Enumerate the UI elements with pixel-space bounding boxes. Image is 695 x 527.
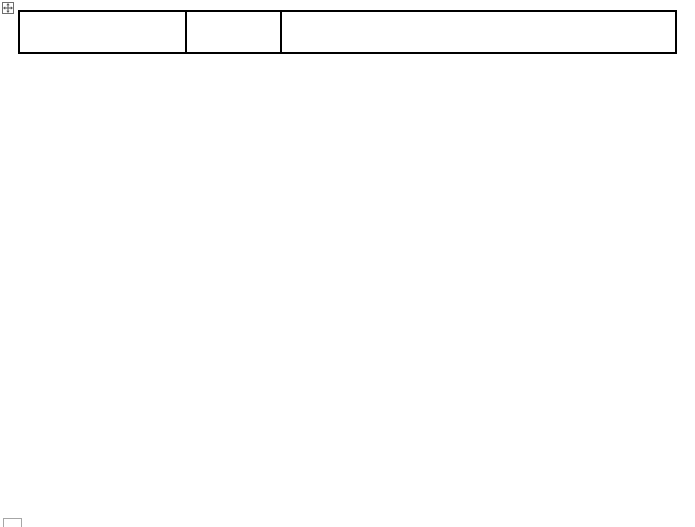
partial-object-box	[3, 518, 22, 527]
document-page	[0, 0, 695, 527]
header-majors-cell[interactable]	[281, 11, 676, 53]
header-row	[19, 11, 676, 53]
occupation-income-table	[18, 10, 677, 54]
table-move-handle-icon[interactable]	[2, 2, 14, 14]
four-way-arrow-icon	[3, 3, 13, 13]
header-occupation-cell[interactable]	[19, 11, 186, 53]
header-income-cell[interactable]	[186, 11, 281, 53]
